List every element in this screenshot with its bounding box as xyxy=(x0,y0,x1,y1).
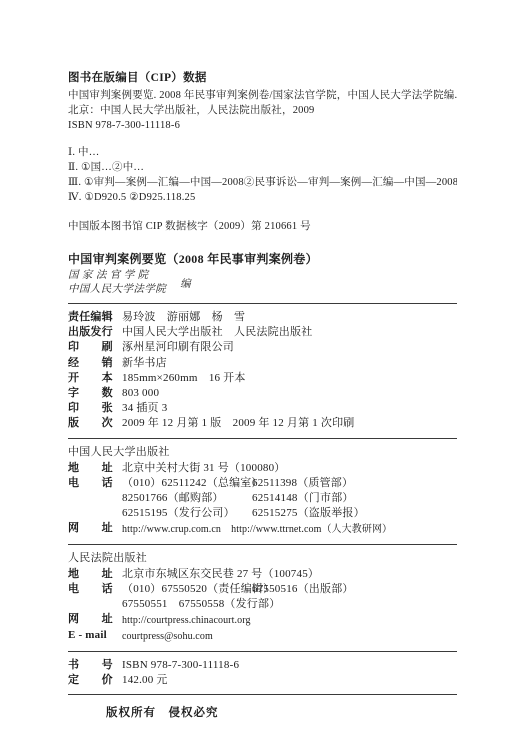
ruc-website-row: 网 址 http://www.crup.com.cn http://www.tt… xyxy=(68,521,457,537)
cip-entry-line1: 中国审判案例要览. 2008 年民事审判案例卷/国家法官学院，中国人民大学法学院… xyxy=(68,88,457,103)
cip-entry-line2: 北京：中国人民大学出版社，人民法院出版社，2009 xyxy=(68,103,457,118)
imprint-value: 185mm×260mm 16 开本 xyxy=(122,371,246,386)
website-label: 网 址 xyxy=(68,521,122,537)
phone-col1: （010）67550520（责任编辑） xyxy=(122,582,252,597)
phone-label-spacer xyxy=(68,491,122,506)
editor-org-1: 国 家 法 官 学 院 xyxy=(68,269,166,283)
imprint-row-publisher: 出版发行 中国人民大学出版社 人民法院出版社 xyxy=(68,325,457,340)
cip-heading: 图书在版编目（CIP）数据 xyxy=(68,70,457,86)
editor-orgs: 国 家 法 官 学 院 中国人民大学法学院 xyxy=(68,269,166,297)
divider-rule xyxy=(68,303,457,304)
ruc-phone-row: 电 话 （010）62511242（总编室）62511398（质管部） xyxy=(68,476,457,491)
divider-rule xyxy=(68,438,457,439)
copyright-notice: 版权所有 侵权必究 xyxy=(106,704,457,720)
imprint-label: 印 刷 xyxy=(68,340,122,355)
imprint-value: 中国人民大学出版社 人民法院出版社 xyxy=(122,325,312,340)
address-value: 北京中关村大街 31 号（100080） xyxy=(122,461,286,476)
court-website-row: 网 址 http://courtpress.chinacourt.org xyxy=(68,612,457,628)
ruc-press-block: 中国人民大学出版社 地 址 北京中关村大街 31 号（100080） 电 话 （… xyxy=(68,445,457,538)
court-press-name: 人民法院出版社 xyxy=(68,551,457,566)
isbn-value: ISBN 978-7-300-11118-6 xyxy=(122,658,239,673)
imprint-row-edition: 版 次 2009 年 12 月第 1 版 2009 年 12 月第 1 次印刷 xyxy=(68,416,457,431)
cip-index-item: Ⅳ. ①D920.5 ②D925.118.25 xyxy=(68,190,457,205)
imprint-value: 34 插页 3 xyxy=(122,401,167,416)
phone-label: 电 话 xyxy=(68,582,122,597)
imprint-value: 2009 年 12 月第 1 版 2009 年 12 月第 1 次印刷 xyxy=(122,416,355,431)
imprint-value: 易玲波 游丽娜 杨 雪 xyxy=(122,310,245,325)
imprint-section: 责任编辑 易玲波 游丽娜 杨 雪 出版发行 中国人民大学出版社 人民法院出版社 … xyxy=(68,310,457,432)
isbn-label: 书 号 xyxy=(68,658,122,673)
page-content: 图书在版编目（CIP）数据 中国审判案例要览. 2008 年民事审判案例卷/国家… xyxy=(68,70,457,720)
website-label: 网 址 xyxy=(68,612,122,628)
book-number-section: 书 号 ISBN 978-7-300-11118-6 定 价 142.00 元 xyxy=(68,658,457,688)
phone-col2: 67550516（出版部） xyxy=(252,583,354,595)
editor-org-2: 中国人民大学法学院 xyxy=(68,283,166,297)
imprint-label: 经 销 xyxy=(68,356,122,371)
phone-value: （010）62511242（总编室）62511398（质管部） xyxy=(122,476,353,491)
phone-label: 电 话 xyxy=(68,476,122,491)
website-value: http://www.crup.com.cn http://www.ttrnet… xyxy=(122,521,392,537)
imprint-row-printer: 印 刷 涿州星河印刷有限公司 xyxy=(68,340,457,355)
imprint-label: 出版发行 xyxy=(68,325,122,340)
imprint-label: 字 数 xyxy=(68,386,122,401)
imprint-row-wordcount: 字 数 803 000 xyxy=(68,386,457,401)
ruc-phone-row: 62515195（发行公司）62515275（盗版举报） xyxy=(68,506,457,521)
imprint-row-distributor: 经 销 新华书店 xyxy=(68,356,457,371)
phone-col2: 62515275（盗版举报） xyxy=(252,507,365,519)
divider-rule xyxy=(68,651,457,652)
phone-label-spacer xyxy=(68,506,122,521)
imprint-label: 版 次 xyxy=(68,416,122,431)
court-phone-row: 电 话 （010）67550520（责任编辑）67550516（出版部） xyxy=(68,582,457,597)
cip-index-list: Ⅰ. 中… Ⅱ. ①国…②中… Ⅲ. ①审判—案例—汇编—中国—2008②民事诉… xyxy=(68,145,457,205)
imprint-value: 新华书店 xyxy=(122,356,167,371)
email-label: E - mail xyxy=(68,628,122,644)
isbn-row: 书 号 ISBN 978-7-300-11118-6 xyxy=(68,658,457,673)
ruc-address-row: 地 址 北京中关村大街 31 号（100080） xyxy=(68,461,457,476)
divider-rule xyxy=(68,694,457,695)
phone-label-spacer xyxy=(68,597,122,612)
court-email-row: E - mail courtpress@sohu.com xyxy=(68,628,457,644)
imprint-row-sheets: 印 张 34 插页 3 xyxy=(68,401,457,416)
title-block: 中国审判案例要览（2008 年民事审判案例卷） 国 家 法 官 学 院 中国人民… xyxy=(68,251,457,297)
price-row: 定 价 142.00 元 xyxy=(68,673,457,688)
phone-col1: 82501766（邮购部） xyxy=(122,491,252,506)
colophon-page: 图书在版编目（CIP）数据 中国审判案例要览. 2008 年民事审判案例卷/国家… xyxy=(0,0,522,738)
court-press-block: 人民法院出版社 地 址 北京市东城区东交民巷 27 号（100745） 电 话 … xyxy=(68,551,457,645)
imprint-label: 责任编辑 xyxy=(68,310,122,325)
phone-value: （010）67550520（责任编辑）67550516（出版部） xyxy=(122,582,354,597)
cip-registration: 中国版本图书馆 CIP 数据核字（2009）第 210661 号 xyxy=(68,219,457,234)
website-value: http://courtpress.chinacourt.org xyxy=(122,612,251,628)
cip-index-item: Ⅰ. 中… xyxy=(68,145,457,160)
phone-col2: 62511398（质管部） xyxy=(252,477,353,489)
phone-value: 62515195（发行公司）62515275（盗版举报） xyxy=(122,506,365,521)
address-label: 地 址 xyxy=(68,461,122,476)
phone-col1: 62515195（发行公司） xyxy=(122,506,252,521)
court-address-row: 地 址 北京市东城区东交民巷 27 号（100745） xyxy=(68,567,457,582)
imprint-label: 印 张 xyxy=(68,401,122,416)
imprint-value: 涿州星河印刷有限公司 xyxy=(122,340,234,355)
imprint-value: 803 000 xyxy=(122,386,159,401)
phone-col1: （010）62511242（总编室） xyxy=(122,476,252,491)
editor-role: 编 xyxy=(180,276,191,291)
address-value: 北京市东城区东交民巷 27 号（100745） xyxy=(122,567,319,582)
cip-section: 图书在版编目（CIP）数据 中国审判案例要览. 2008 年民事审判案例卷/国家… xyxy=(68,70,457,234)
imprint-label: 开 本 xyxy=(68,371,122,386)
phone-value: 67550551 67550558（发行部） xyxy=(122,597,252,612)
imprint-row-format: 开 本 185mm×260mm 16 开本 xyxy=(68,371,457,386)
ruc-press-name: 中国人民大学出版社 xyxy=(68,445,457,460)
price-value: 142.00 元 xyxy=(122,673,168,688)
court-phone-row: 67550551 67550558（发行部） xyxy=(68,597,457,612)
phone-col1: 67550551 67550558（发行部） xyxy=(122,597,252,612)
divider-rule xyxy=(68,544,457,545)
phone-col2: 62514148（门市部） xyxy=(252,492,354,504)
editors-block: 国 家 法 官 学 院 中国人民大学法学院 编 xyxy=(68,269,457,297)
price-label: 定 价 xyxy=(68,673,122,688)
cip-index-item: Ⅲ. ①审判—案例—汇编—中国—2008②民事诉讼—审判—案例—汇编—中国—20… xyxy=(68,175,457,190)
phone-value: 82501766（邮购部）62514148（门市部） xyxy=(122,491,354,506)
address-label: 地 址 xyxy=(68,567,122,582)
book-title: 中国审判案例要览（2008 年民事审判案例卷） xyxy=(68,251,457,267)
ruc-phone-row: 82501766（邮购部）62514148（门市部） xyxy=(68,491,457,506)
email-value: courtpress@sohu.com xyxy=(122,628,213,644)
cip-index-item: Ⅱ. ①国…②中… xyxy=(68,160,457,175)
cip-isbn-line: ISBN 978-7-300-11118-6 xyxy=(68,118,457,133)
imprint-row-editors: 责任编辑 易玲波 游丽娜 杨 雪 xyxy=(68,310,457,325)
